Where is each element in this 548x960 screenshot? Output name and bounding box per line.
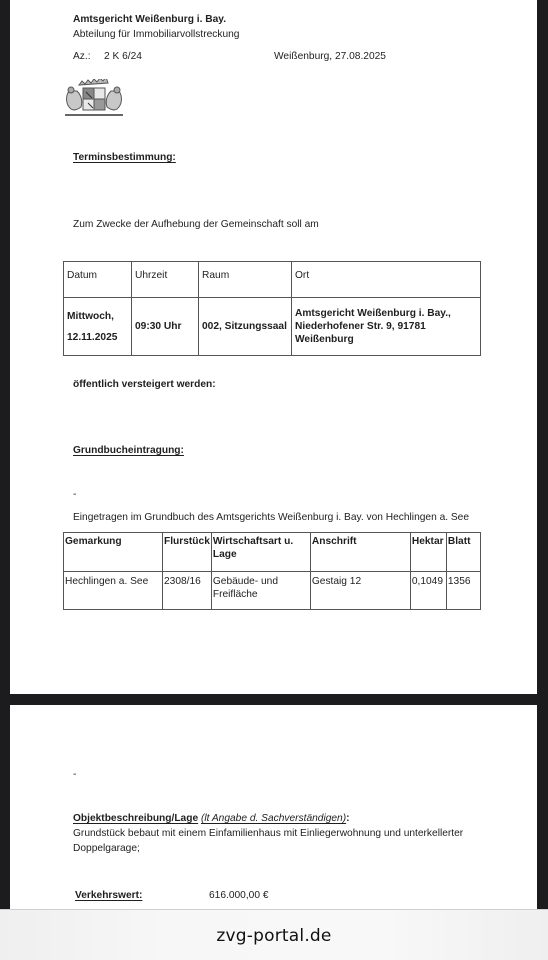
terminsbestimmung-heading: Terminsbestimmung:	[73, 151, 176, 164]
dash-1: -	[73, 488, 76, 501]
header-blatt: Blatt	[446, 533, 480, 572]
table-row: Mittwoch, 12.11.2025 09:30 Uhr 002, Sitz…	[64, 298, 481, 356]
bavarian-coat-of-arms-icon	[63, 79, 125, 119]
objekt-heading-line: Objektbeschreibung/Lage (lt Angabe d. Sa…	[73, 812, 350, 825]
header-datum: Datum	[64, 262, 132, 298]
cell-wirtschaftsart: Gebäude- und Freifläche	[211, 572, 310, 610]
header-flurstueck: Flurstück	[163, 533, 212, 572]
verkehrswert-label: Verkehrswert:	[75, 889, 142, 902]
ort-line-1: Amtsgericht Weißenburg i. Bay.,	[295, 307, 477, 320]
objekt-description-line-2: Doppelgarage;	[73, 842, 140, 855]
az-label: Az.:	[73, 50, 91, 63]
objekt-note: (lt Angabe d. Sachverständigen)	[201, 813, 346, 824]
cell-uhrzeit: 09:30 Uhr	[132, 298, 199, 356]
cell-blatt: 1356	[446, 572, 480, 610]
header-uhrzeit: Uhrzeit	[132, 262, 199, 298]
browser-address-bar[interactable]: zvg-portal.de	[0, 909, 548, 960]
cell-flurstueck: 2308/16	[163, 572, 212, 610]
ort-line-3: Weißenburg	[295, 333, 477, 346]
header-ort: Ort	[292, 262, 481, 298]
grundbuch-text: Eingetragen im Grundbuch des Amtsgericht…	[73, 511, 469, 524]
ort-line-2: Niederhofener Str. 9, 91781	[295, 320, 477, 333]
grundbuch-table: Gemarkung Flurstück Wirtschaftsart u. La…	[63, 532, 481, 610]
cell-anschrift: Gestaig 12	[310, 572, 410, 610]
url-text[interactable]: zvg-portal.de	[0, 926, 548, 946]
table-header-row: Datum Uhrzeit Raum Ort	[64, 262, 481, 298]
header-anschrift: Anschrift	[310, 533, 410, 572]
datum-date: 12.11.2025	[67, 327, 128, 348]
table-row: Hechlingen a. See 2308/16 Gebäude- und F…	[64, 572, 481, 610]
versteigert-text: öffentlich versteigert werden:	[73, 378, 216, 391]
header-wirtschaftsart: Wirtschaftsart u. Lage	[211, 533, 310, 572]
objekt-heading: Objektbeschreibung/Lage	[73, 813, 198, 824]
table-header-row: Gemarkung Flurstück Wirtschaftsart u. La…	[64, 533, 481, 572]
court-department: Abteilung für Immobiliarvollstreckung	[73, 28, 239, 41]
az-value: 2 K 6/24	[104, 50, 142, 63]
grundbuch-heading: Grundbucheintragung:	[73, 444, 184, 457]
header-raum: Raum	[199, 262, 292, 298]
cell-raum: 002, Sitzungssaal	[199, 298, 292, 356]
objekt-colon: :	[346, 813, 349, 824]
dash-2: -	[73, 768, 76, 781]
court-name: Amtsgericht Weißenburg i. Bay.	[73, 13, 226, 26]
header-hektar: Hektar	[410, 533, 446, 572]
intro-text: Zum Zwecke der Aufhebung der Gemeinschaf…	[73, 218, 319, 231]
termin-table: Datum Uhrzeit Raum Ort Mittwoch, 12.11.2…	[63, 261, 481, 356]
datum-weekday: Mittwoch,	[67, 306, 128, 327]
verkehrswert-value: 616.000,00 €	[209, 889, 268, 902]
cell-gemarkung: Hechlingen a. See	[64, 572, 163, 610]
objekt-description-line-1: Grundstück bebaut mit einem Einfamilienh…	[73, 827, 463, 840]
place-date: Weißenburg, 27.08.2025	[274, 50, 386, 63]
cell-hektar: 0,1049	[410, 572, 446, 610]
cell-datum: Mittwoch, 12.11.2025	[64, 298, 132, 356]
header-gemarkung: Gemarkung	[64, 533, 163, 572]
cell-ort: Amtsgericht Weißenburg i. Bay., Niederho…	[292, 298, 481, 356]
